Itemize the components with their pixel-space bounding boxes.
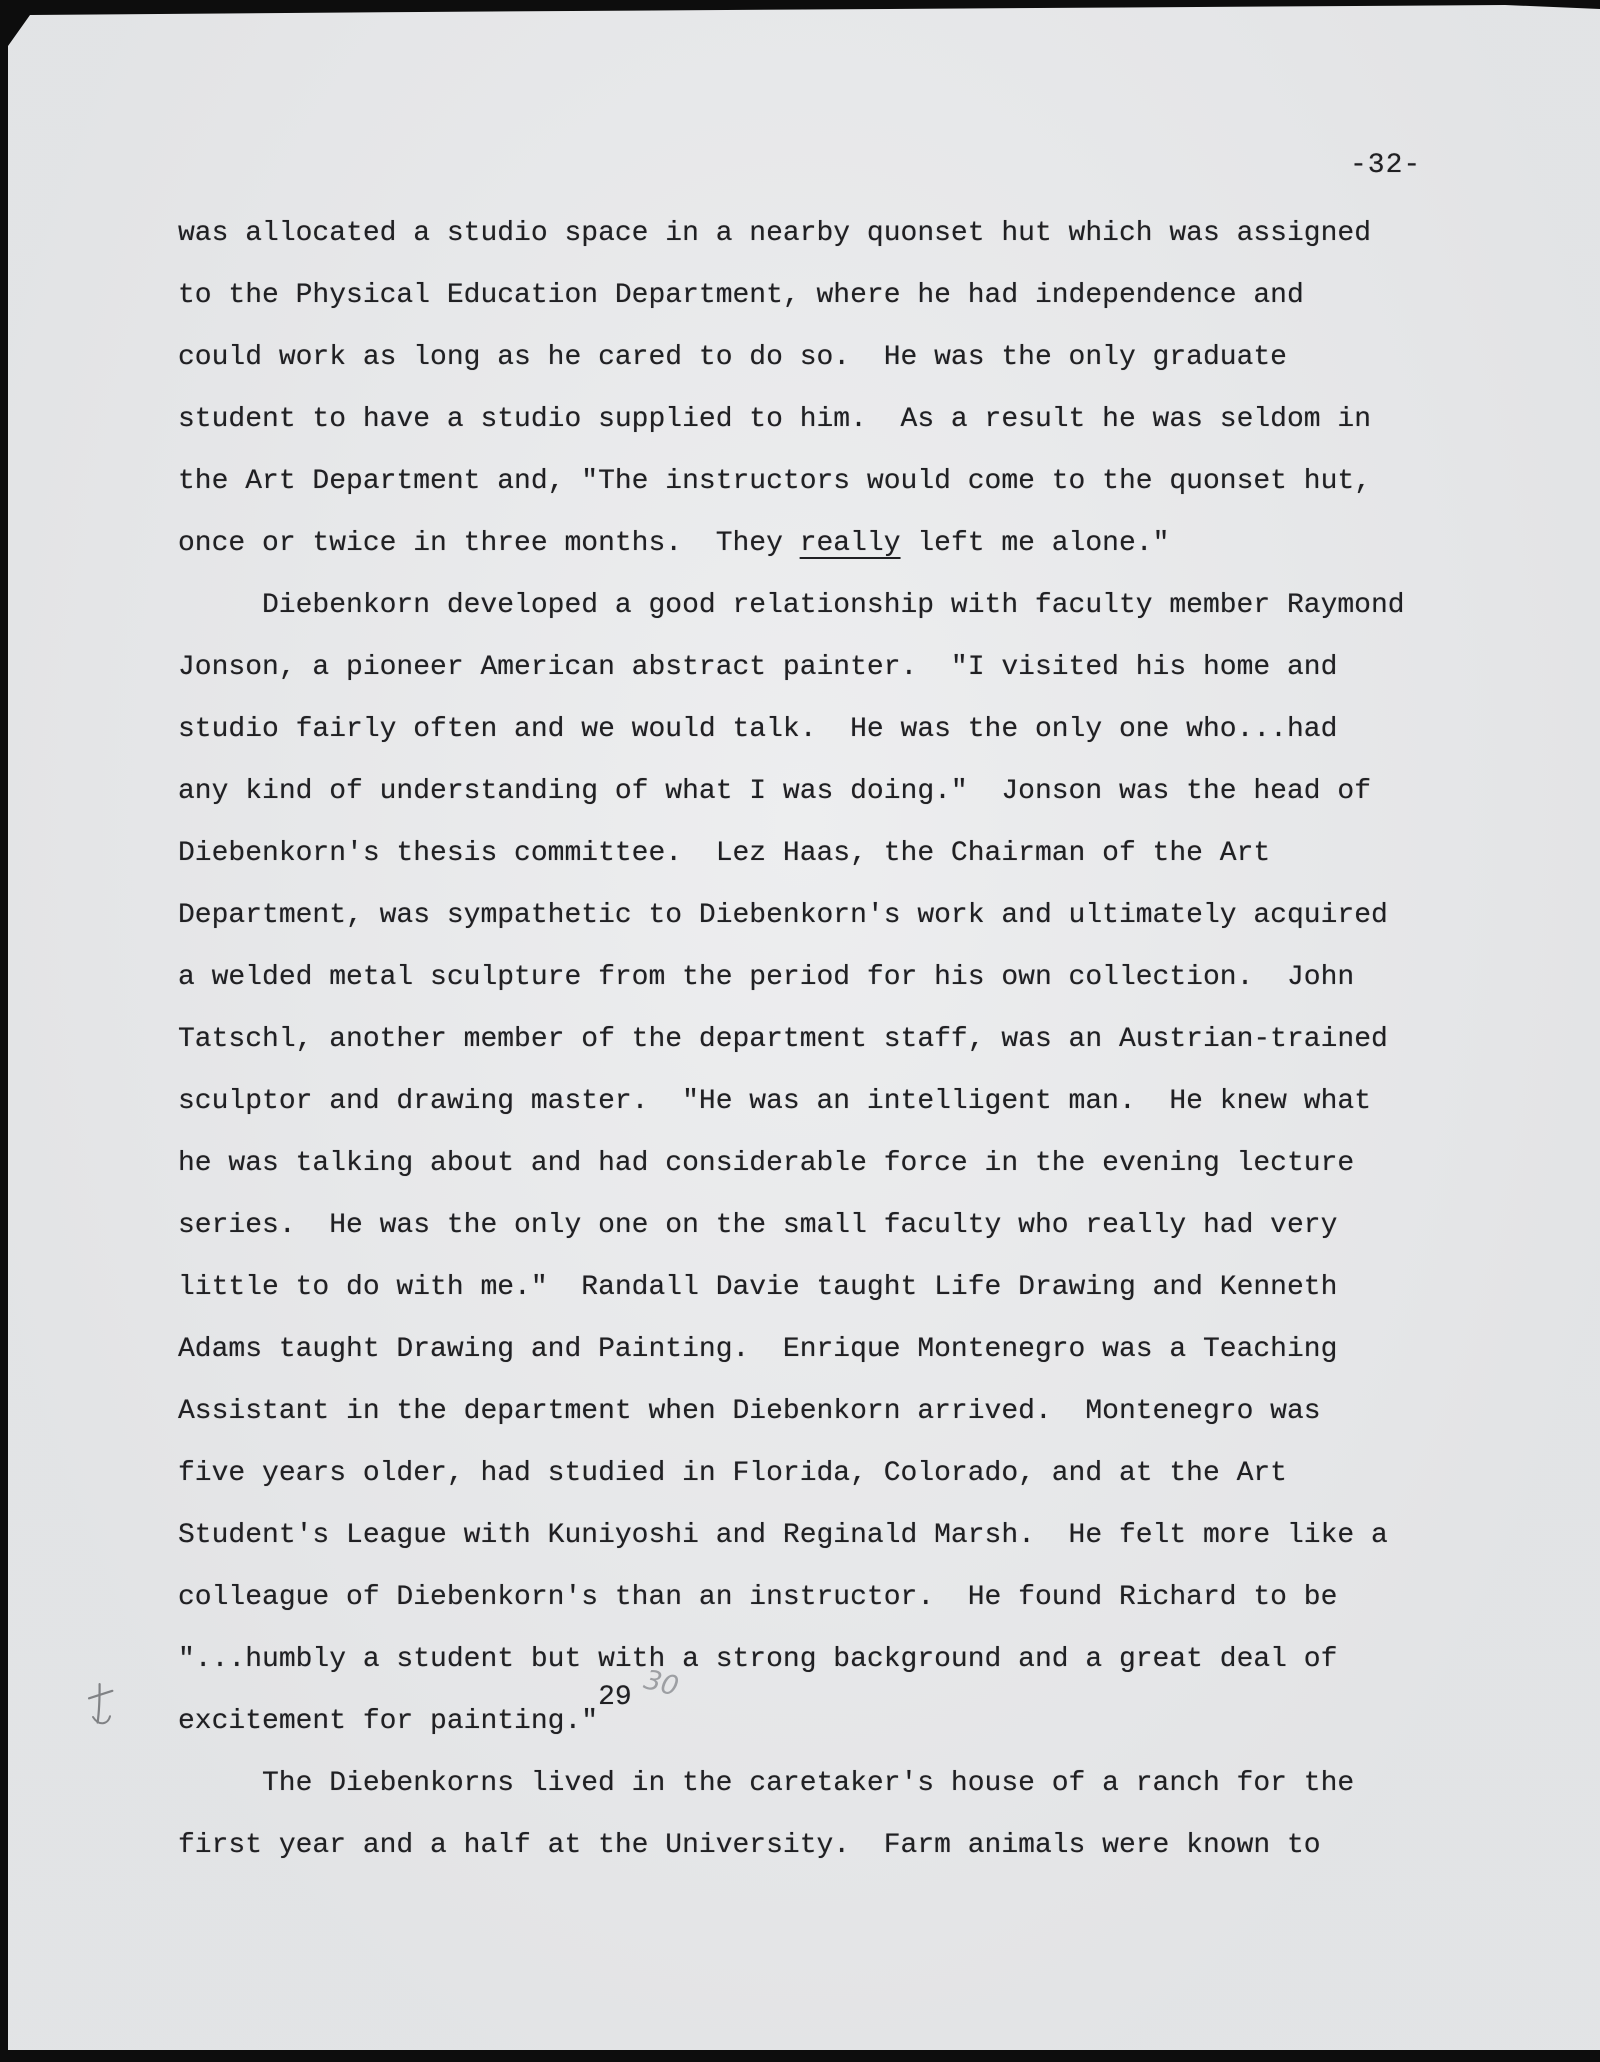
typescript-text: excitement for painting." (178, 1706, 598, 1737)
typescript-line: sculptor and drawing master. "He was an … (178, 1071, 1438, 1133)
typescript-text: left me alone." (901, 528, 1170, 559)
typescript-line: could work as long as he cared to do so.… (178, 327, 1438, 389)
typescript-text: Department, was sympathetic to Diebenkor… (178, 900, 1388, 931)
typescript-text: The Diebenkorns lived in the caretaker's… (262, 1768, 1354, 1799)
typescript-text: any kind of understanding of what I was … (178, 776, 1371, 807)
typescript-text: "...humbly a student but with a strong b… (178, 1644, 1337, 1675)
typescript-text: student to have a studio supplied to him… (178, 404, 1371, 435)
typescript-line: Diebenkorn developed a good relationship… (178, 575, 1438, 637)
typescript-text: colleague of Diebenkorn's than an instru… (178, 1582, 1337, 1613)
typescript-text: Assistant in the department when Diebenk… (178, 1396, 1321, 1427)
typescript-line: once or twice in three months. They real… (178, 513, 1438, 575)
typescript-line: studio fairly often and we would talk. H… (178, 699, 1438, 761)
typescript-text: series. He was the only one on the small… (178, 1210, 1337, 1241)
typescript-text: first year and a half at the University.… (178, 1830, 1321, 1861)
typescript-text: Jonson, a pioneer American abstract pain… (178, 652, 1337, 683)
underlined-word: really (800, 528, 901, 559)
typescript-line: was allocated a studio space in a nearby… (178, 203, 1438, 265)
typescript-line: Jonson, a pioneer American abstract pain… (178, 637, 1438, 699)
typescript-text: Diebenkorn developed a good relationship… (262, 590, 1405, 621)
typescript-line: five years older, had studied in Florida… (178, 1443, 1438, 1505)
typescript-text: once or twice in three months. They (178, 528, 800, 559)
typescript-line: The Diebenkorns lived in the caretaker's… (178, 1753, 1438, 1815)
typescript-text: Adams taught Drawing and Painting. Enriq… (178, 1334, 1337, 1365)
typescript-line: he was talking about and had considerabl… (178, 1133, 1438, 1195)
typescript-text: studio fairly often and we would talk. H… (178, 714, 1337, 745)
typescript-text: to the Physical Education Department, wh… (178, 280, 1304, 311)
pencil-margin-mark-icon (79, 1678, 124, 1736)
typescript-text: five years older, had studied in Florida… (178, 1458, 1287, 1489)
footnote-superscript: 29 (598, 1682, 632, 1713)
typescript-line: colleague of Diebenkorn's than an instru… (178, 1567, 1438, 1629)
typescript-text: Diebenkorn's thesis committee. Lez Haas,… (178, 838, 1270, 869)
page-number: -32- (1350, 150, 1421, 181)
typescript-line: Assistant in the department when Diebenk… (178, 1381, 1438, 1443)
typescript-line: Student's League with Kuniyoshi and Regi… (178, 1505, 1438, 1567)
typescript-line: Tatschl, another member of the departmen… (178, 1009, 1438, 1071)
typescript-line: any kind of understanding of what I was … (178, 761, 1438, 823)
typescript-line: to the Physical Education Department, wh… (178, 265, 1438, 327)
typescript-text: sculptor and drawing master. "He was an … (178, 1086, 1371, 1117)
typescript-text: was allocated a studio space in a nearby… (178, 218, 1371, 249)
typescript-line: Adams taught Drawing and Painting. Enriq… (178, 1319, 1438, 1381)
typescript-text: a welded metal sculpture from the period… (178, 962, 1354, 993)
typescript-text: could work as long as he cared to do so.… (178, 342, 1287, 373)
typescript-line: student to have a studio supplied to him… (178, 389, 1438, 451)
typescript-line: Department, was sympathetic to Diebenkor… (178, 885, 1438, 947)
typescript-line: a welded metal sculpture from the period… (178, 947, 1438, 1009)
typescript-line: "...humbly a student but with a strong b… (178, 1629, 1438, 1691)
typescript-line: Diebenkorn's thesis committee. Lez Haas,… (178, 823, 1438, 885)
typescript-text: little to do with me." Randall Davie tau… (178, 1272, 1337, 1303)
typescript-line: first year and a half at the University.… (178, 1815, 1438, 1877)
typescript-lines: was allocated a studio space in a nearby… (178, 203, 1438, 1877)
typescript-text: he was talking about and had considerabl… (178, 1148, 1354, 1179)
typescript-text: the Art Department and, "The instructors… (178, 466, 1371, 497)
typescript-text: Student's League with Kuniyoshi and Regi… (178, 1520, 1388, 1551)
typescript-line: the Art Department and, "The instructors… (178, 451, 1438, 513)
typescript-text: Tatschl, another member of the departmen… (178, 1024, 1388, 1055)
typescript-line: little to do with me." Randall Davie tau… (178, 1257, 1438, 1319)
typescript-line: series. He was the only one on the small… (178, 1195, 1438, 1257)
typescript-line: excitement for painting."29 (178, 1691, 1438, 1753)
